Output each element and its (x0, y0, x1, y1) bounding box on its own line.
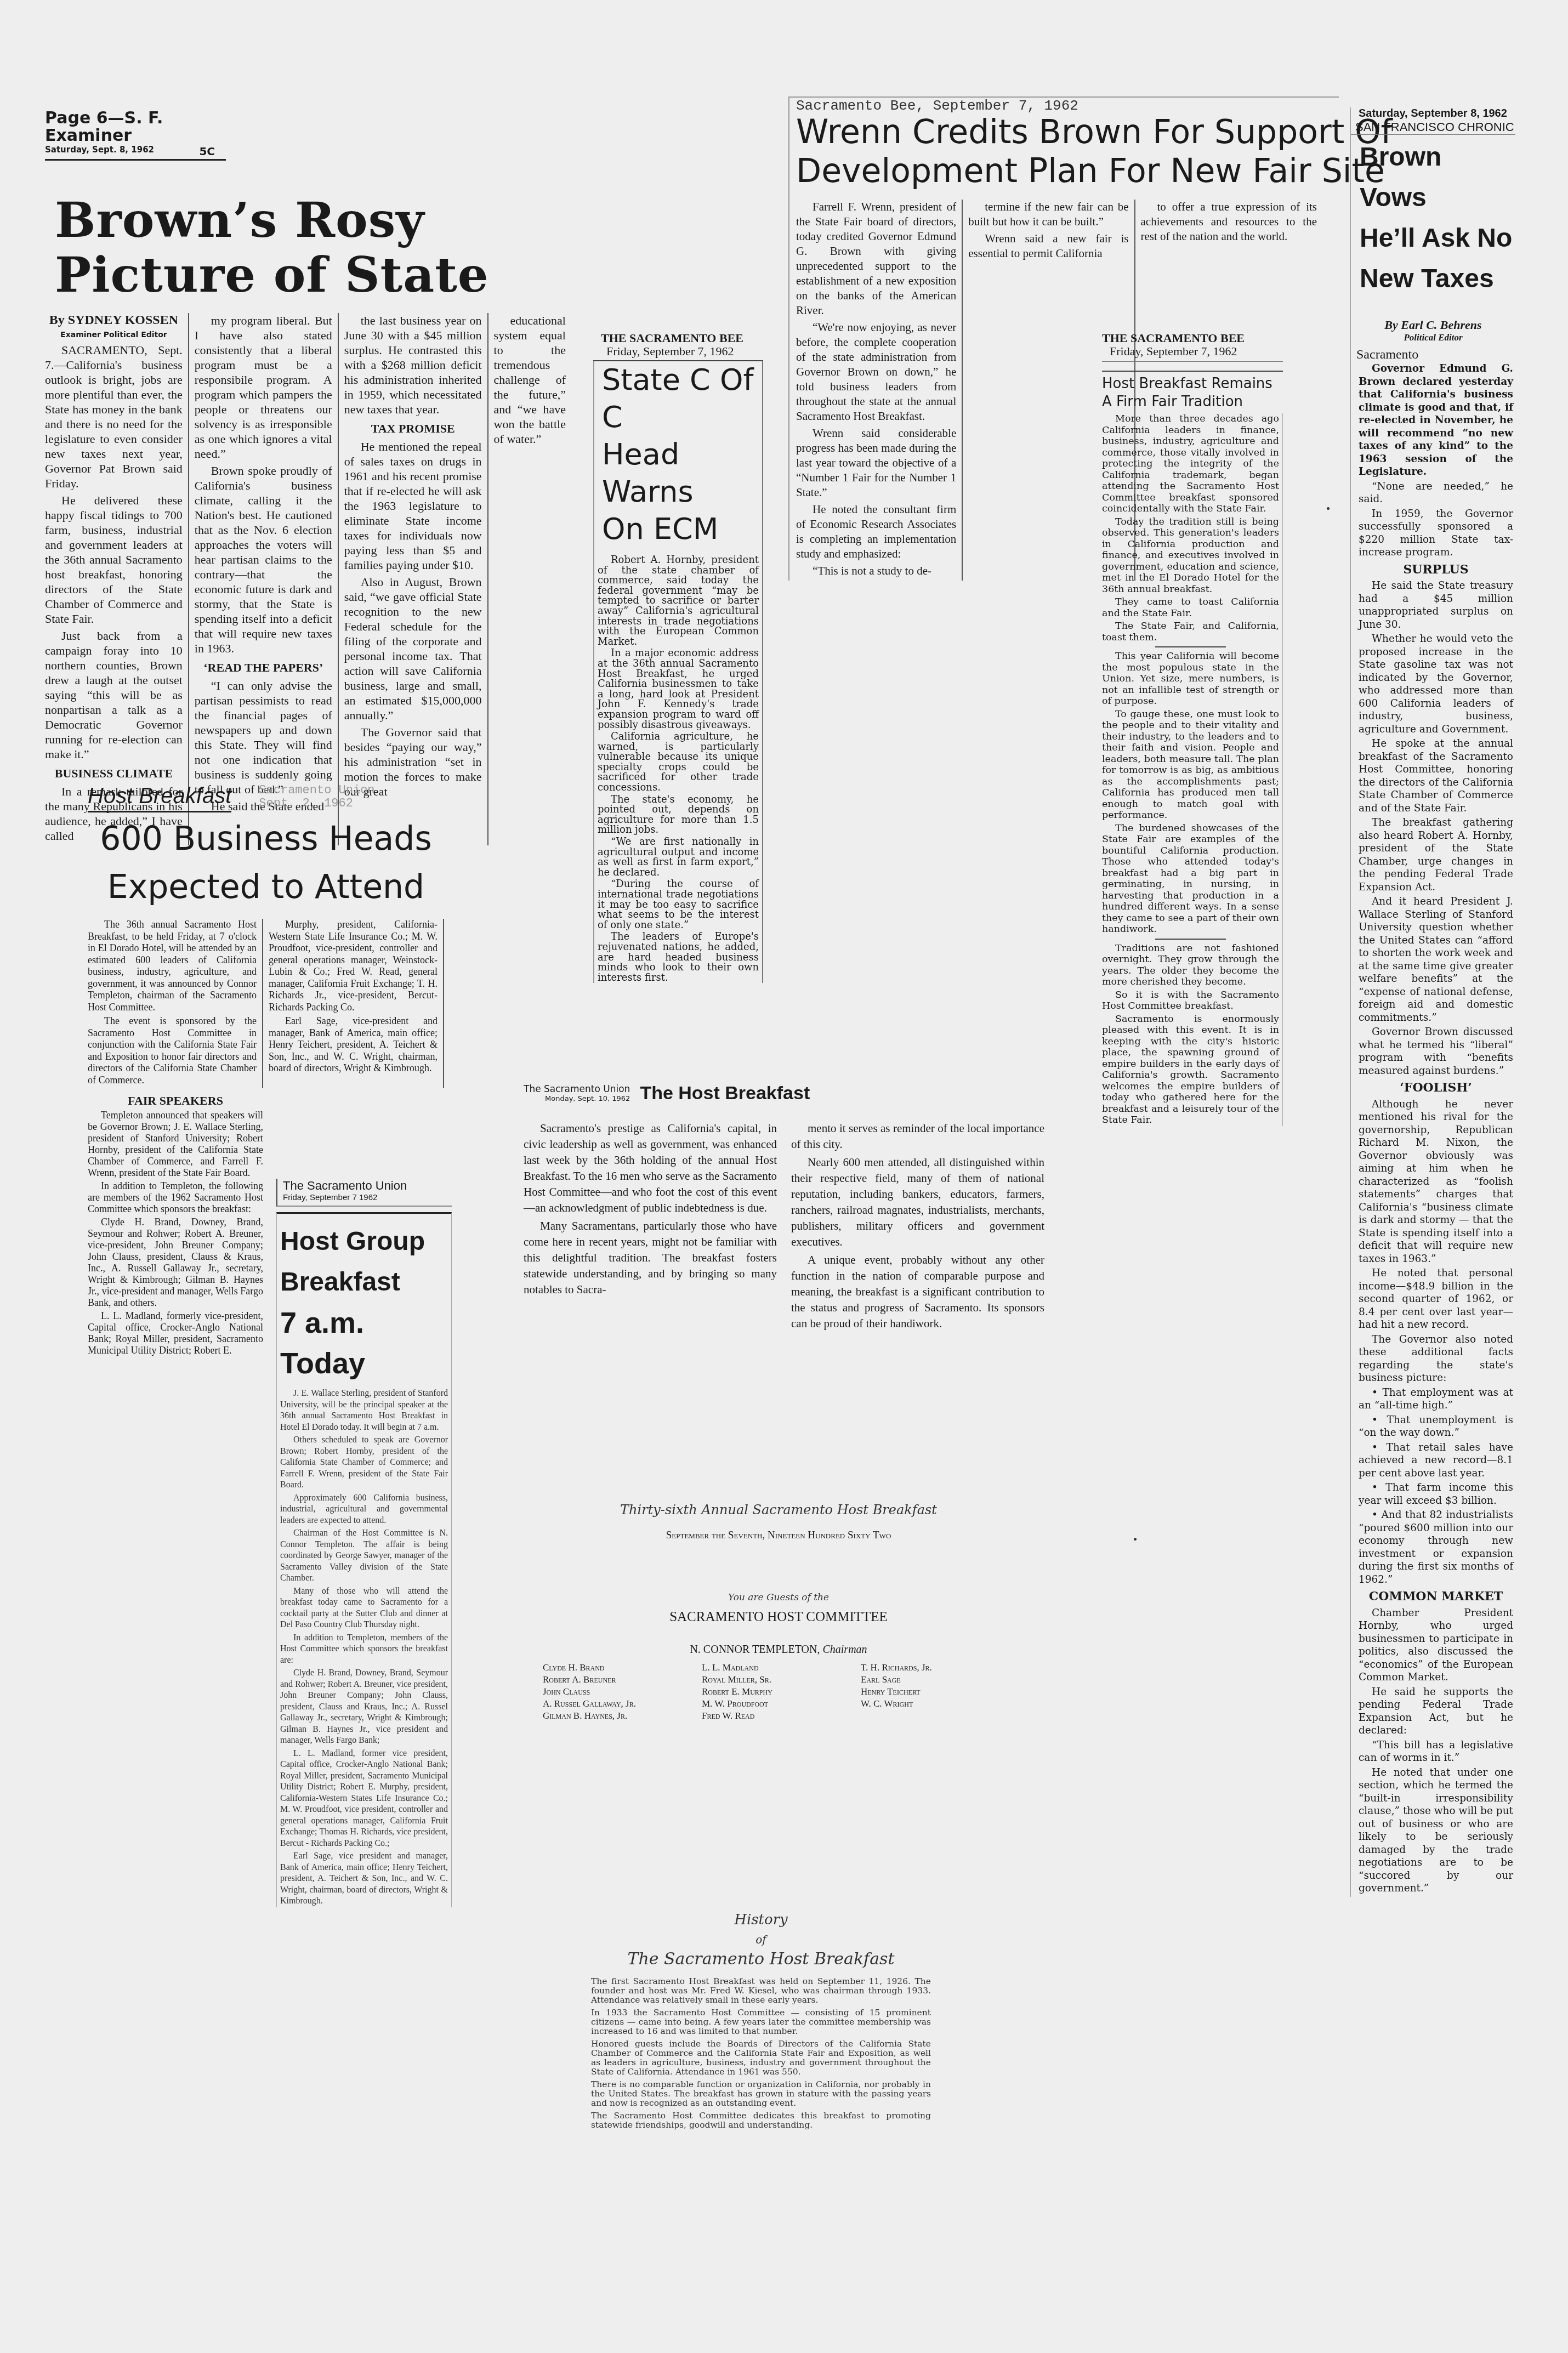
paragraph: the last business year on June 30 with a… (344, 313, 482, 417)
bee-tradition-paper: THE SACRAMENTO BEE (1102, 332, 1283, 345)
chronicle-date: Saturday, September 8, 1962 (1351, 107, 1515, 120)
history-title-line: The Sacramento Host Breakfast (591, 1950, 931, 1969)
paragraph: mento it serves as reminder of the local… (791, 1121, 1044, 1152)
subheading: COMMON MARKET (1359, 1590, 1513, 1604)
examiner-byline-title: Examiner Political Editor (45, 328, 183, 343)
paragraph: The Sacramento Host Committee dedicates … (591, 2111, 931, 2130)
paragraph: Also in August, Brown said, “we gave off… (344, 575, 482, 723)
program-chairman-title: Chairman (822, 1644, 867, 1656)
chronicle-clipping: Saturday, September 8, 1962 SAN FRANCISC… (1350, 107, 1515, 1897)
paragraph: to offer a true expression of its achiev… (1141, 200, 1317, 244)
union-today-body: J. E. Wallace Sterling, president of Sta… (280, 1388, 448, 1907)
paragraph: Chamber President Hornby, who urged busi… (1359, 1607, 1513, 1684)
paragraph: The breakfast gathering also heard Rober… (1359, 816, 1513, 894)
paragraph: “We are first nationally in agricultural… (598, 837, 759, 878)
paragraph: In addition to Templeton, members of the… (280, 1633, 448, 1667)
chronicle-paper: SAN FRANCISCO CHRONIC (1351, 120, 1515, 135)
union-today-headline: Host Group Breakfast 7 a.m. Today (280, 1221, 448, 1384)
paragraph: “This is not a study to de- (796, 564, 956, 578)
paragraph: Others scheduled to speak are Governor B… (280, 1435, 448, 1491)
paragraph: He noted that under one section, which h… (1359, 1766, 1513, 1895)
bee-wrenn-column: Farrell F. Wrenn, president of the State… (796, 200, 962, 581)
paragraph: In a major economic address at the 36th … (598, 649, 759, 730)
committee-member: Earl Sage (861, 1674, 1014, 1686)
program-members: Clyde H. BrandRobert A. BreunerJohn Clau… (543, 1662, 1014, 1722)
paragraph: educational system equal to the tremendo… (494, 313, 566, 446)
bee-tradition-body: More than three decades ago California l… (1102, 413, 1283, 1126)
union-600-column: Murphy, president, California-Western St… (262, 919, 443, 1088)
union-editorial-headline: The Host Breakfast (640, 1083, 810, 1104)
paragraph: He said he supports the pending Federal … (1359, 1686, 1513, 1737)
union-editorial-clipping: The Sacramento Union Monday, Sept. 10, 1… (524, 1083, 1050, 1334)
paragraph: A unique event, probably without any oth… (791, 1252, 1044, 1332)
paragraph: • That farm income this year will exceed… (1359, 1481, 1513, 1507)
program-committee: SACRAMENTO HOST COMMITTEE (543, 1610, 1014, 1625)
paragraph: To gauge these, one must look to the peo… (1102, 709, 1279, 821)
subheading: TAX PROMISE (344, 421, 482, 436)
bee-tradition-headline-line: Host Breakfast Remains (1102, 375, 1283, 393)
paragraph: There is no comparable function or organ… (591, 2080, 931, 2108)
paragraph: The State Fair, and California, toast th… (1102, 621, 1279, 643)
paragraph: In addition to Templeton, the following … (88, 1180, 263, 1215)
committee-member: John Clauss (543, 1686, 702, 1698)
committee-member: Fred W. Read (702, 1710, 861, 1722)
history-title-line: of (591, 1930, 931, 1950)
committee-member: M. W. Proudfoot (702, 1698, 861, 1710)
chronicle-headline-line: Brown Vows (1360, 137, 1515, 218)
union-600-continued: FAIR SPEAKERSTempleton announced that sp… (88, 1095, 263, 1356)
bee-cofc-body: Robert A. Hornby, president of the state… (598, 555, 759, 983)
history-body: The first Sacramento Host Breakfast was … (591, 1977, 931, 2130)
subheading: BUSINESS CLIMATE (45, 766, 183, 781)
examiner-clipping: Page 6—S. F. Examiner Saturday, Sept. 8,… (45, 110, 571, 845)
subheading: ‘FOOLISH’ (1359, 1082, 1513, 1095)
paragraph: Earl Sage, vice-president and manager, B… (269, 1015, 438, 1075)
paragraph: He mentioned the repeal of sales taxes o… (344, 439, 482, 572)
paragraph: • And that 82 industrialists “poured $60… (1359, 1509, 1513, 1586)
examiner-column: the last business year on June 30 with a… (338, 313, 487, 845)
paragraph: The event is sponsored by the Sacramento… (88, 1015, 257, 1086)
chronicle-headline-line: New Taxes (1360, 259, 1515, 299)
union-editorial-column: Sacramento's prestige as California's ca… (524, 1121, 786, 1334)
chronicle-headline-line: He’ll Ask No (1360, 218, 1515, 259)
paragraph: Whether he would veto the proposed incre… (1359, 633, 1513, 736)
union-600-stamp: Sacramento Union Sept. 2, 1962 (259, 784, 374, 810)
paragraph: my program liberal. But I have also stat… (195, 313, 332, 461)
paragraph: “We're now enjoying, as never before, th… (796, 320, 956, 424)
union-editorial-date: Monday, Sept. 10, 1962 (524, 1095, 630, 1103)
bee-tradition-date: Friday, September 7, 1962 (1102, 345, 1283, 362)
program-title: Thirty-sixth Annual Sacramento Host Brea… (543, 1502, 1014, 1517)
subheading: SURPLUS (1359, 564, 1513, 577)
committee-member: Royal Miller, Sr. (702, 1674, 861, 1686)
history-card: History of The Sacramento Host Breakfast… (591, 1910, 931, 2133)
paragraph: Brown spoke proudly of California's busi… (195, 463, 332, 656)
bee-wrenn-headline-2: Development Plan For New Fair Site (796, 150, 1339, 192)
paragraph: Although he never mentioned his rival fo… (1359, 1098, 1513, 1266)
bee-cofc-headline-line: Head Warns (602, 436, 759, 510)
union-600-kicker: Host Breakfast (88, 784, 231, 812)
paragraph: The state's economy, he pointed out, dep… (598, 795, 759, 836)
paragraph: Clyde H. Brand, Downey, Brand, Seymour a… (88, 1217, 263, 1309)
paragraph: And it heard President J. Wallace Sterli… (1359, 895, 1513, 1024)
examiner-byline: By SYDNEY KOSSEN (45, 313, 183, 328)
bee-cofc-date: Friday, September 7, 1962 (593, 345, 763, 361)
paragraph: He spoke at the annual breakfast of the … (1359, 737, 1513, 815)
paragraph: • That employment was at an “all-time hi… (1359, 1386, 1513, 1412)
bee-cofc-headline: State C Of C Head Warns On ECM (598, 361, 759, 548)
paragraph: L. L. Madland, formerly vice-president, … (88, 1310, 263, 1356)
paragraph: He noted that personal income—$48.9 bill… (1359, 1267, 1513, 1332)
paragraph: Traditions are not fashioned overnight. … (1102, 943, 1279, 988)
paragraph: Sacramento is enormously pleased with th… (1102, 1014, 1279, 1126)
paragraph: Wrenn said considerable progress has bee… (796, 426, 956, 500)
subheading: ‘READ THE PAPERS’ (195, 660, 332, 675)
union-today-clipping: The Sacramento Union Friday, September 7… (276, 1179, 452, 1909)
chronicle-body: Governor Edmund G. Brown declared yester… (1351, 362, 1515, 1895)
paragraph: More than three decades ago California l… (1102, 413, 1279, 515)
union-today-headline-line: Host Group (280, 1221, 448, 1262)
paragraph: Just back from a campaign foray into 10 … (45, 628, 183, 761)
union-today-headline-line: 7 a.m. Today (280, 1303, 448, 1384)
examiner-page-label: Page 6—S. F. Examiner (45, 110, 226, 145)
bee-tradition-headline: Host Breakfast Remains A Firm Fair Tradi… (1102, 375, 1283, 411)
examiner-date: Saturday, Sept. 8, 1962 (45, 145, 154, 158)
paragraph: Robert A. Hornby, president of the state… (598, 555, 759, 647)
paragraph: In 1933 the Sacramento Host Committee — … (591, 2008, 931, 2036)
program-guests-line: You are Guests of the (543, 1592, 1014, 1603)
examiner-column: educational system equal to the tremendo… (487, 313, 571, 845)
union-600-headline-line: 600 Business Heads (88, 815, 444, 863)
paragraph: California agriculture, he warned, is pa… (598, 732, 759, 793)
committee-member: Robert A. Breuner (543, 1674, 702, 1686)
paragraph: In 1959, the Governor successfully spons… (1359, 508, 1513, 559)
examiner-body: By SYDNEY KOSSEN Examiner Political Edit… (45, 313, 571, 845)
chronicle-dateline: Sacramento (1351, 348, 1515, 362)
paragraph: Sacramento's prestige as California's ca… (524, 1121, 777, 1216)
chronicle-headline: Brown Vows He’ll Ask No New Taxes (1351, 137, 1515, 299)
union-editorial-paper: The Sacramento Union (524, 1084, 630, 1095)
program-date: September the Seventh, Nineteen Hundred … (543, 1530, 1014, 1542)
bee-cofc-paper: THE SACRAMENTO BEE (593, 332, 763, 345)
paragraph: He said the State treasury had a $45 mil… (1359, 579, 1513, 631)
bee-tradition-clipping: THE SACRAMENTO BEE Friday, September 7, … (1102, 332, 1283, 1128)
union-600-headline-line: Expected to Attend (88, 863, 444, 911)
lead-paragraph: Governor Edmund G. Brown declared yester… (1359, 362, 1513, 479)
committee-member: Robert E. Murphy (702, 1686, 861, 1698)
chronicle-byline: By Earl C. Behrens (1351, 318, 1515, 332)
paragraph: Governor Brown discussed what he termed … (1359, 1026, 1513, 1077)
paragraph: termine if the new fair can be built but… (968, 200, 1128, 229)
paragraph: He delivered these happy fiscal tidings … (45, 493, 183, 626)
chronicle-byline-title: Political Editor (1351, 332, 1515, 343)
paragraph: Nearly 600 men attended, all distinguish… (791, 1155, 1044, 1250)
bee-tradition-headline-line: A Firm Fair Tradition (1102, 393, 1283, 411)
paragraph: Many Sacramentans, particularly those wh… (524, 1218, 777, 1298)
committee-member: Clyde H. Brand (543, 1662, 702, 1674)
paragraph: The Governor also noted these additional… (1359, 1333, 1513, 1385)
paragraph: “During the course of international trad… (598, 879, 759, 930)
bee-wrenn-headline-1: Wrenn Credits Brown For Support Of (796, 114, 1339, 150)
bee-wrenn-stamp: Sacramento Bee, September 7, 1962 (796, 98, 1339, 114)
bee-cofc-headline-line: State C Of C (602, 361, 759, 436)
paragraph: SACRAMENTO, Sept. 7.—California's busine… (45, 343, 183, 491)
divider (1155, 646, 1226, 647)
paragraph: This year California will become the mos… (1102, 651, 1279, 707)
union-editorial-column: mento it serves as reminder of the local… (786, 1121, 1050, 1334)
union-today-date: Friday, September 7 1962 (283, 1193, 452, 1202)
paragraph: Today the tradition still is being obser… (1102, 516, 1279, 595)
paragraph: The first Sacramento Host Breakfast was … (591, 1977, 931, 2005)
history-title-line: History (591, 1910, 931, 1930)
paragraph: Farrell F. Wrenn, president of the State… (796, 200, 956, 318)
paragraph: L. L. Madland, former vice president, Ca… (280, 1748, 448, 1850)
paragraph: They came to toast California and the St… (1102, 596, 1279, 619)
paragraph: Approximately 600 California business, i… (280, 1493, 448, 1527)
committee-member: W. C. Wright (861, 1698, 1014, 1710)
paragraph: Wrenn said a new fair is essential to pe… (968, 231, 1128, 261)
paragraph: The burdened showcases of the State Fair… (1102, 823, 1279, 935)
paragraph: • That unemployment is “on the way down.… (1359, 1414, 1513, 1440)
union-today-headline-line: Breakfast (280, 1262, 448, 1303)
paragraph: Chairman of the Host Committee is N. Con… (280, 1528, 448, 1584)
program-chairman-name: N. CONNOR TEMPLETON, (690, 1644, 820, 1656)
committee-member: T. H. Richards, Jr. (861, 1662, 1014, 1674)
examiner-column: my program liberal. But I have also stat… (188, 313, 338, 845)
paragraph: Many of those who will attend the breakf… (280, 1586, 448, 1631)
paragraph: “I can only advise the partisan pessimis… (195, 678, 332, 797)
paragraph: Templeton announced that speakers will b… (88, 1110, 263, 1179)
paragraph: “This bill has a legislative can of worm… (1359, 1739, 1513, 1765)
speck (1327, 507, 1330, 510)
committee-member: A. Russel Gallaway, Jr. (543, 1698, 702, 1710)
committee-member: Gilman B. Haynes, Jr. (543, 1710, 702, 1722)
committee-member: Henry Teichert (861, 1686, 1014, 1698)
paragraph: Murphy, president, California-Western St… (269, 919, 438, 1013)
examiner-masthead: Page 6—S. F. Examiner Saturday, Sept. 8,… (45, 110, 226, 161)
paragraph: He noted the consultant firm of Economic… (796, 502, 956, 561)
paragraph: “None are needed,” he said. (1359, 480, 1513, 506)
paragraph: Earl Sage, vice president and manager, B… (280, 1851, 448, 1907)
paragraph: The 36th annual Sacramento Host Breakfas… (88, 919, 257, 1013)
speck (1134, 1538, 1137, 1541)
paragraph: Clyde H. Brand, Downey, Brand, Seymour a… (280, 1668, 448, 1747)
examiner-section: 5C (199, 145, 215, 158)
subheading: FAIR SPEAKERS (88, 1095, 263, 1106)
union-600-column: The 36th annual Sacramento Host Breakfas… (88, 919, 262, 1088)
union-today-paper: The Sacramento Union (283, 1179, 452, 1193)
history-title: History of The Sacramento Host Breakfast (591, 1910, 931, 1969)
union-600-headline: 600 Business Heads Expected to Attend (88, 815, 444, 911)
paragraph: So it is with the Sacramento Host Commit… (1102, 990, 1279, 1012)
paragraph: The leaders of Europe's rejuvenated nati… (598, 932, 759, 983)
paragraph: Honored guests include the Boards of Dir… (591, 2039, 931, 2077)
divider (1155, 939, 1226, 940)
bee-cofc-headline-line: On ECM (602, 510, 759, 548)
committee-member: L. L. Madland (702, 1662, 861, 1674)
examiner-headline: Brown’s Rosy Picture of State (55, 192, 571, 302)
paragraph: • That retail sales have achieved a new … (1359, 1441, 1513, 1480)
paragraph: J. E. Wallace Sterling, president of Sta… (280, 1388, 448, 1433)
program-card: Thirty-sixth Annual Sacramento Host Brea… (543, 1502, 1014, 1722)
bee-cofc-clipping: THE SACRAMENTO BEE Friday, September 7, … (593, 332, 763, 985)
examiner-column: By SYDNEY KOSSEN Examiner Political Edit… (45, 313, 188, 845)
program-chairman: N. CONNOR TEMPLETON, Chairman (543, 1644, 1014, 1656)
